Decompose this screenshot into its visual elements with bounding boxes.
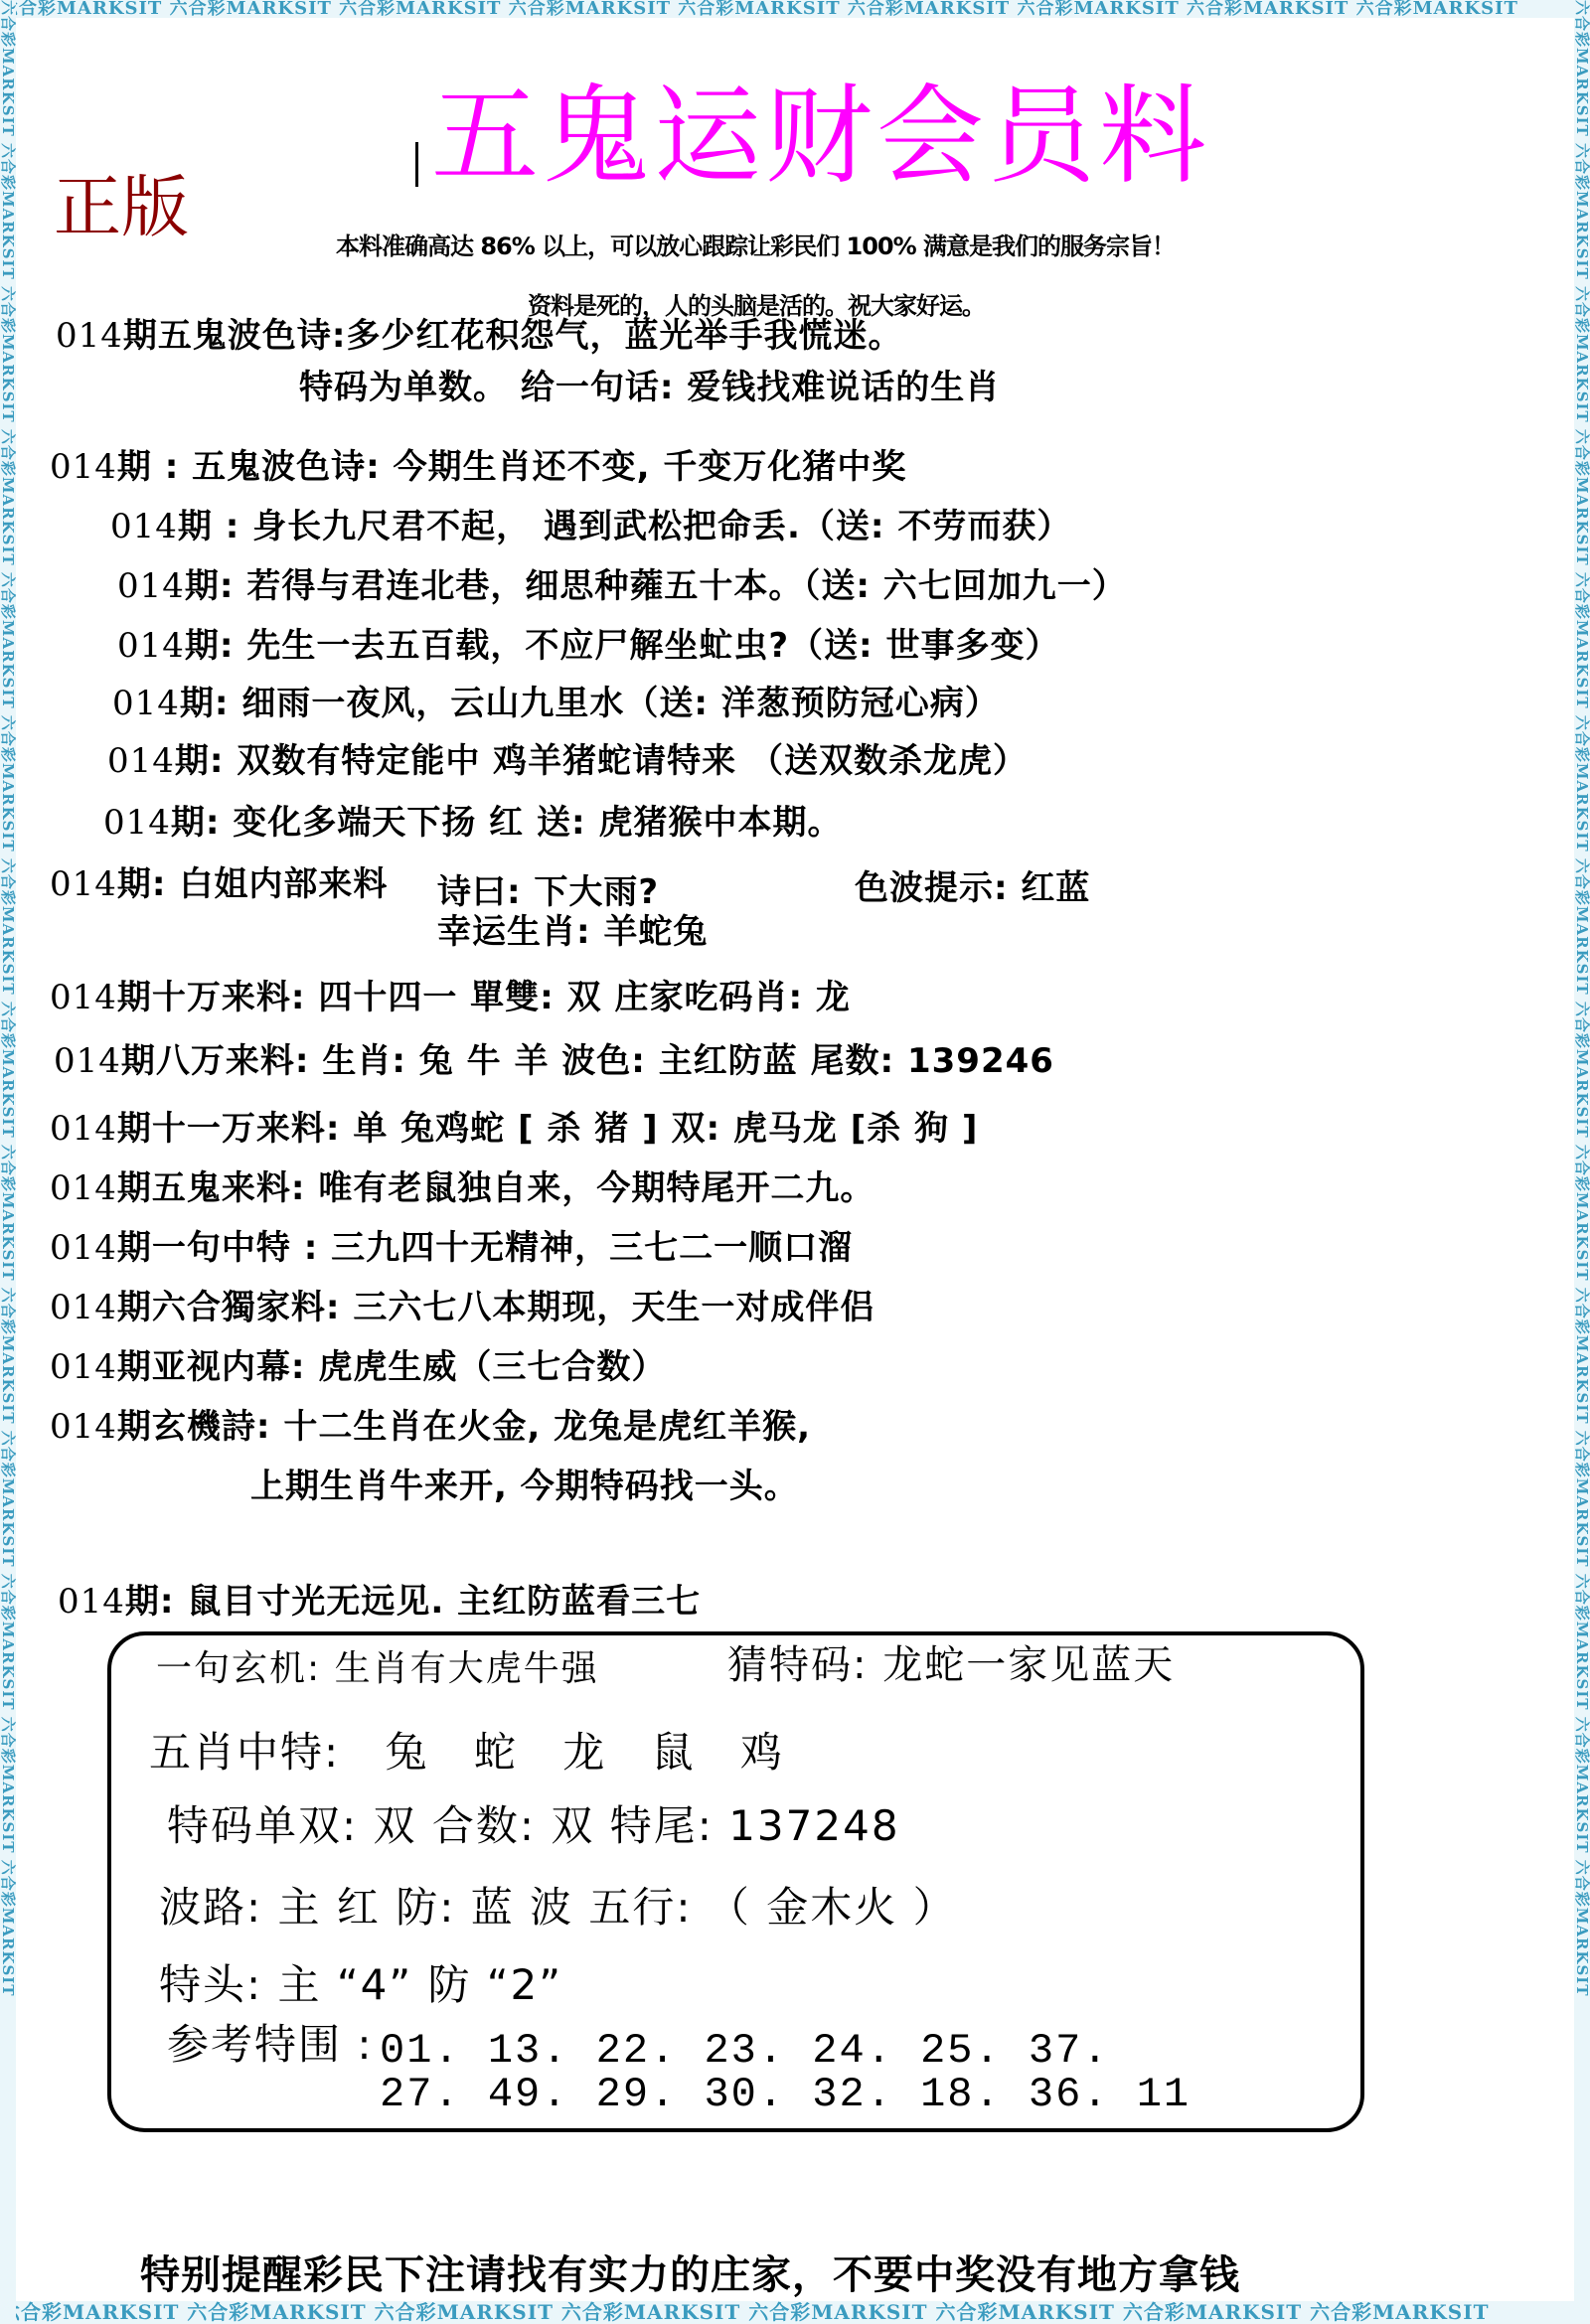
odd-even-line: 特码单双: 双 合数: 双 特尾: 137248 — [167, 1800, 900, 1852]
watermark-border-left: 六合彩MARKSIT 六合彩MARKSIT 六合彩MARKSIT 六合彩MARK… — [0, 0, 16, 2324]
watermark-border-top: 六合彩MARKSIT 六合彩MARKSIT 六合彩MARKSIT 六合彩MARK… — [0, 0, 1590, 18]
poem-line-1b: 特码为单数。 给一句话: 爱钱找难说话的生肖 — [299, 366, 1000, 409]
poem-line-7: 014期: 双数有特定能中 鸡羊猪蛇请特来 （送双数杀龙虎） — [107, 739, 1028, 783]
poem-line-5: 014期: 先生一去五百载，不应尸解坐虻虫?（送: 世事多变） — [117, 624, 1060, 668]
poem-line-6: 014期: 细雨一夜风，云山九里水（送: 洋葱预防冠心病） — [112, 682, 1000, 725]
prediction-box: 一句玄机: 生肖有大虎牛强 猜特码: 龙蛇一家见蓝天 五肖中特: 兔 蛇 龙 鼠… — [107, 1631, 1364, 2132]
poem-line-8: 014期: 变化多端天下扬 红 送: 虎猪猴中本期。 — [103, 801, 842, 845]
footer-reminder: 特别提醒彩民下注请找有实力的庄家，不要中奖没有地方拿钱 — [140, 2244, 1240, 2300]
wave-line: 波路: 主 红 防: 蓝 波 五行: （ 金木火 ） — [159, 1882, 957, 1934]
baijie-label: 014期: 白姐内部来料 — [50, 862, 388, 906]
info-line-3: 014期十一万来料: 单 兔鸡蛇 [ 杀 猪 ] 双: 虎马龙 [杀 狗 ] — [50, 1107, 978, 1151]
poem-line-1: 014期五鬼波色诗:多少红花积怨气，蓝光举手我慌迷。 — [56, 314, 903, 358]
baijie-lucky-zodiac: 幸运生肖: 羊蛇兔 — [437, 910, 708, 954]
watermark-border-bottom: 六合彩MARKSIT 六合彩MARKSIT 六合彩MARKSIT 六合彩MARK… — [0, 2301, 1590, 2324]
reference-label: 参考特围 : — [167, 2019, 374, 2071]
riddle-line: 一句玄机: 生肖有大虎牛强 — [156, 1643, 599, 1695]
five-zodiac-label: 五肖中特: — [149, 1728, 340, 1777]
mouse-line: 014期: 鼠目寸光无远见. 主红防蓝看三七 — [58, 1580, 701, 1624]
info-line-1: 014期十万来料: 四十四一 單雙: 双 庄家吃码肖: 龙 — [50, 976, 851, 1019]
five-zodiac-line: 五肖中特: 兔 蛇 龙 鼠 鸡 — [149, 1727, 784, 1779]
poem-line-3: 014期 : 身长九尺君不起， 遇到武松把命丢.（送: 不劳而获） — [110, 505, 1071, 548]
info-line-8b: 上期生肖牛来开, 今期特码找一头。 — [250, 1465, 799, 1508]
page-title: 五鬼运财会员料 — [431, 77, 1210, 197]
baijie-color-hint: 色波提示: 红蓝 — [855, 866, 1090, 910]
head-line: 特头: 主 “4” 防 “2” — [159, 1959, 562, 2011]
genuine-stamp: 正版 — [54, 169, 189, 248]
info-line-2: 014期八万来料: 生肖: 兔 牛 羊 波色: 主红防蓝 尾数: 139246 — [54, 1039, 1054, 1083]
watermark-border-right: 六合彩MARKSIT 六合彩MARKSIT 六合彩MARKSIT 六合彩MARK… — [1574, 0, 1590, 2324]
info-line-8: 014期玄機詩: 十二生肖在火金, 龙兔是虎红羊猴, — [50, 1405, 811, 1449]
poem-line-4: 014期: 若得与君连北巷，细思种蕹五十本。（送: 六七回加九一） — [117, 564, 1127, 608]
poem-line-2: 014期 : 五鬼波色诗: 今期生肖还不变, 千变万化猪中奖 — [50, 445, 906, 489]
reference-numbers-row2: 27. 49. 29. 30. 32. 18. 36. 11 — [380, 2069, 1191, 2120]
info-line-5: 014期一句中特 : 三九四十无精神，三七二一顺口溜 — [50, 1226, 853, 1270]
guess-line: 猜特码: 龙蛇一家见蓝天 — [727, 1639, 1175, 1691]
subtitle-accuracy: 本料准确高达 86% 以上，可以放心跟踪让彩民们 100% 满意是我们的服务宗旨… — [336, 227, 1175, 261]
baijie-poem: 诗曰: 下大雨? — [437, 870, 659, 914]
info-line-7: 014期亚视内幕: 虎虎生威（三七合数） — [50, 1345, 666, 1389]
info-line-6: 014期六合獨家料: 三六七八本期现，天生一对成伴侣 — [50, 1286, 874, 1329]
title-cursor-bar — [415, 142, 418, 187]
info-line-4: 014期五鬼来料: 唯有老鼠独自来，今期特尾开二九。 — [50, 1166, 874, 1210]
document-page: 正版 五鬼运财会员料 本料准确高达 86% 以上，可以放心跟踪让彩民们 100%… — [16, 18, 1574, 2301]
